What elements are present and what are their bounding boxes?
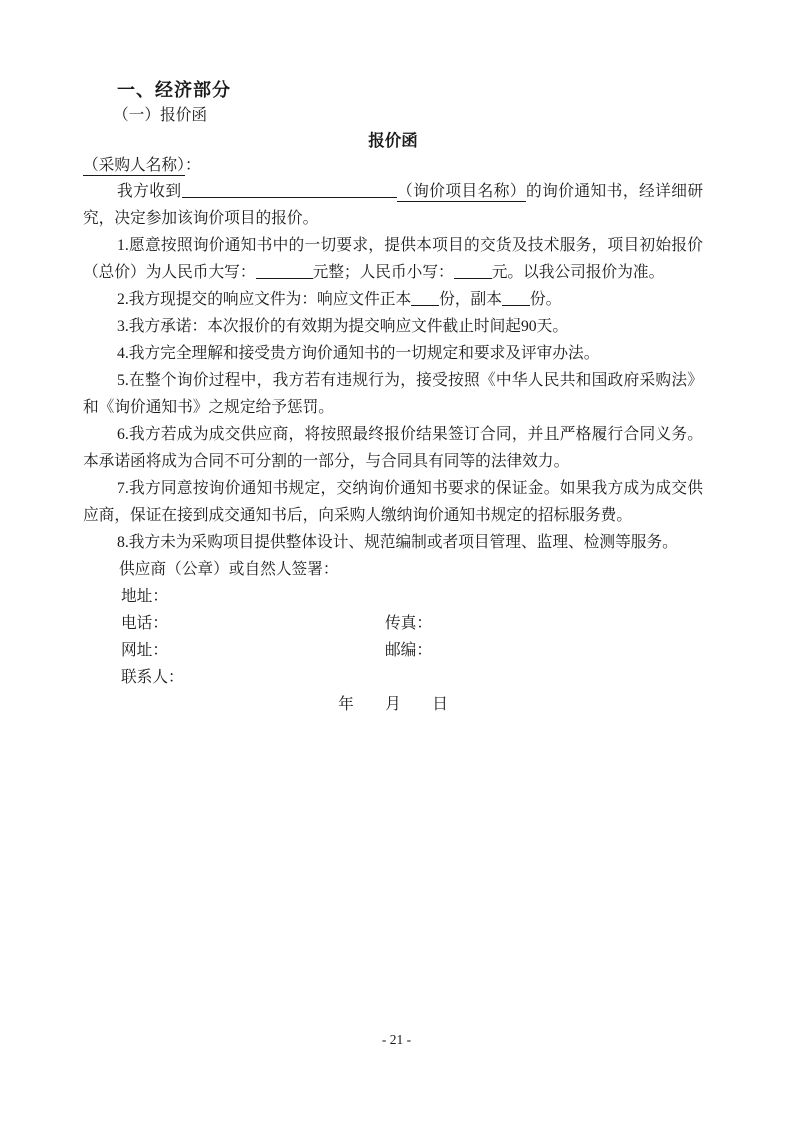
item-2: 2.我方现提交的响应文件为：响应文件正本份，副本份。 <box>83 286 703 313</box>
page-number: - 21 - <box>0 1032 793 1048</box>
text-run: 7.我方同意按询价通知书规定，交纳询价通知书要求的保证金。如果我方成为成交供应商… <box>83 480 703 524</box>
text-run: 6.我方若成为成交供应商，将按照最终报价结果签订合同，并且严格履行合同义务。本承… <box>83 426 703 470</box>
fax-label: 传真： <box>385 615 432 632</box>
fill-in-blank <box>454 264 492 279</box>
phone-label: 电话： <box>121 610 385 637</box>
text-run: 元。以我公司报价为准。 <box>492 264 665 281</box>
section-heading: 一、经济部分 <box>117 78 703 103</box>
salutation-colon: ： <box>185 157 201 174</box>
fill-in-blank <box>182 183 397 198</box>
website-label: 网址： <box>121 637 385 664</box>
item-8: 8.我方未为采购项目提供整体设计、规范编制或者项目管理、监理、检测等服务。 <box>83 529 703 556</box>
intro-paragraph: 我方收到（询价项目名称）的询价通知书，经详细研究，决定参加该询价项目的报价。 <box>83 178 703 232</box>
fill-in-blank <box>256 264 313 279</box>
text-run: 我方收到 <box>117 183 182 200</box>
purchaser-name-blank: （采购人名称） <box>83 157 185 176</box>
item-4: 4.我方完全理解和接受贵方询价通知书的一切规定和要求及评审办法。 <box>83 340 703 367</box>
document-title: 报价函 <box>83 128 703 153</box>
salutation-line: （采购人名称）： <box>83 153 703 178</box>
phone-fax-line: 电话：传真： <box>83 610 703 637</box>
text-run: 5.在整个询价过程中，我方若有违规行为，接受按照《中华人民共和国政府采购法》和《… <box>83 372 703 416</box>
zip-label: 邮编： <box>385 642 432 659</box>
fill-in-blank <box>502 291 530 306</box>
signer-line: 供应商（公章）或自然人签署： <box>83 556 703 583</box>
contact-person-line: 联系人： <box>83 664 703 691</box>
address-line: 地址： <box>83 583 703 610</box>
item-1: 1.愿意按照询价通知书中的一切要求，提供本项目的交货及技术服务，项目初始报价（总… <box>83 232 703 286</box>
document-content: 一、经济部分 （一）报价函 报价函 （采购人名称）： 我方收到（询价项目名称）的… <box>83 78 703 718</box>
text-run: 8.我方未为采购项目提供整体设计、规范编制或者项目管理、监理、检测等服务。 <box>117 534 678 551</box>
fill-in-blank <box>411 291 439 306</box>
text-run: 份，副本 <box>439 291 502 308</box>
text-run: 4.我方完全理解和接受贵方询价通知书的一切规定和要求及评审办法。 <box>117 345 599 362</box>
item-7: 7.我方同意按询价通知书规定，交纳询价通知书要求的保证金。如果我方成为成交供应商… <box>83 475 703 529</box>
item-5: 5.在整个询价过程中，我方若有违规行为，接受按照《中华人民共和国政府采购法》和《… <box>83 367 703 421</box>
date-line: 年 月 日 <box>83 691 703 718</box>
body-paragraphs: 我方收到（询价项目名称）的询价通知书，经详细研究，决定参加该询价项目的报价。1.… <box>83 178 703 556</box>
text-run: 3.我方承诺：本次报价的有效期为提交响应文件截止时间起90天。 <box>117 318 568 335</box>
address-label: 地址： <box>121 583 385 610</box>
contact-person-label: 联系人： <box>121 664 385 691</box>
item-6: 6.我方若成为成交供应商，将按照最终报价结果签订合同，并且严格履行合同义务。本承… <box>83 421 703 475</box>
underlined-text: （询价项目名称） <box>397 183 527 202</box>
sub-heading: （一）报价函 <box>113 103 703 128</box>
text-run: 份。 <box>530 291 561 308</box>
text-run: 元整；人民币小写： <box>313 264 454 281</box>
item-3: 3.我方承诺：本次报价的有效期为提交响应文件截止时间起90天。 <box>83 313 703 340</box>
website-zip-line: 网址：邮编： <box>83 637 703 664</box>
text-run: 2.我方现提交的响应文件为：响应文件正本 <box>117 291 411 308</box>
document-page: 一、经济部分 （一）报价函 报价函 （采购人名称）： 我方收到（询价项目名称）的… <box>0 0 793 1122</box>
